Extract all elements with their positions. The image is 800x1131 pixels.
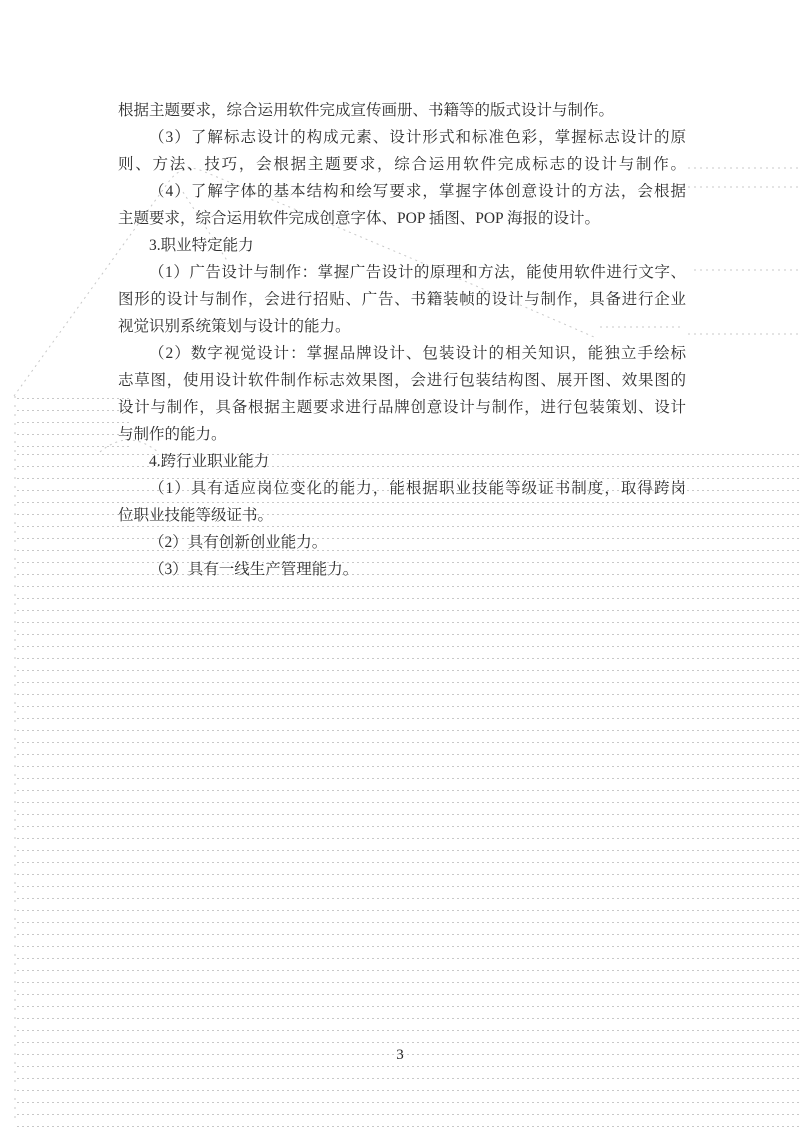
text-line: （3）具有一线生产管理能力。 [118, 556, 686, 583]
page-number: 3 [0, 1044, 800, 1066]
text-line: 位职业技能等级证书。 [118, 502, 686, 529]
text-line: 视觉识别系统策划与设计的能力。 [118, 313, 686, 340]
text-line: （2）具有创新创业能力。 [118, 529, 686, 556]
text-line: （1）具有适应岗位变化的能力，能根据职业技能等级证书制度，取得跨岗 [118, 475, 686, 502]
text-line: 与制作的能力。 [118, 421, 686, 448]
document-body-text: 根据主题要求，综合运用软件完成宣传画册、书籍等的版式设计与制作。 （3）了解标志… [118, 97, 686, 583]
text-line: 志草图，使用设计软件制作标志效果图，会进行包装结构图、展开图、效果图的 [118, 367, 686, 394]
section-heading: 3.职业特定能力 [118, 232, 686, 259]
text-line: 主题要求，综合运用软件完成创意字体、POP 插图、POP 海报的设计。 [118, 205, 686, 232]
text-line: （1）广告设计与制作：掌握广告设计的原理和方法，能使用软件进行文字、 [118, 259, 686, 286]
text-line: 图形的设计与制作，会进行招贴、广告、书籍装帧的设计与制作，具备进行企业 [118, 286, 686, 313]
text-line: （2）数字视觉设计：掌握品牌设计、包装设计的相关知识，能独立手绘标 [118, 340, 686, 367]
text-line: （4）了解字体的基本结构和绘写要求，掌握字体创意设计的方法，会根据 [118, 178, 686, 205]
text-line: 设计与制作，具备根据主题要求进行品牌创意设计与制作，进行包装策划、设计 [118, 394, 686, 421]
section-heading: 4.跨行业职业能力 [118, 448, 686, 475]
text-line: 根据主题要求，综合运用软件完成宣传画册、书籍等的版式设计与制作。 [118, 97, 686, 124]
text-line: （3）了解标志设计的构成元素、设计形式和标准色彩，掌握标志设计的原 [118, 124, 686, 151]
text-line: 则、方法、技巧，会根据主题要求，综合运用软件完成标志的设计与制作。 [118, 151, 686, 178]
document-page: 根据主题要求，综合运用软件完成宣传画册、书籍等的版式设计与制作。 （3）了解标志… [0, 0, 800, 1131]
